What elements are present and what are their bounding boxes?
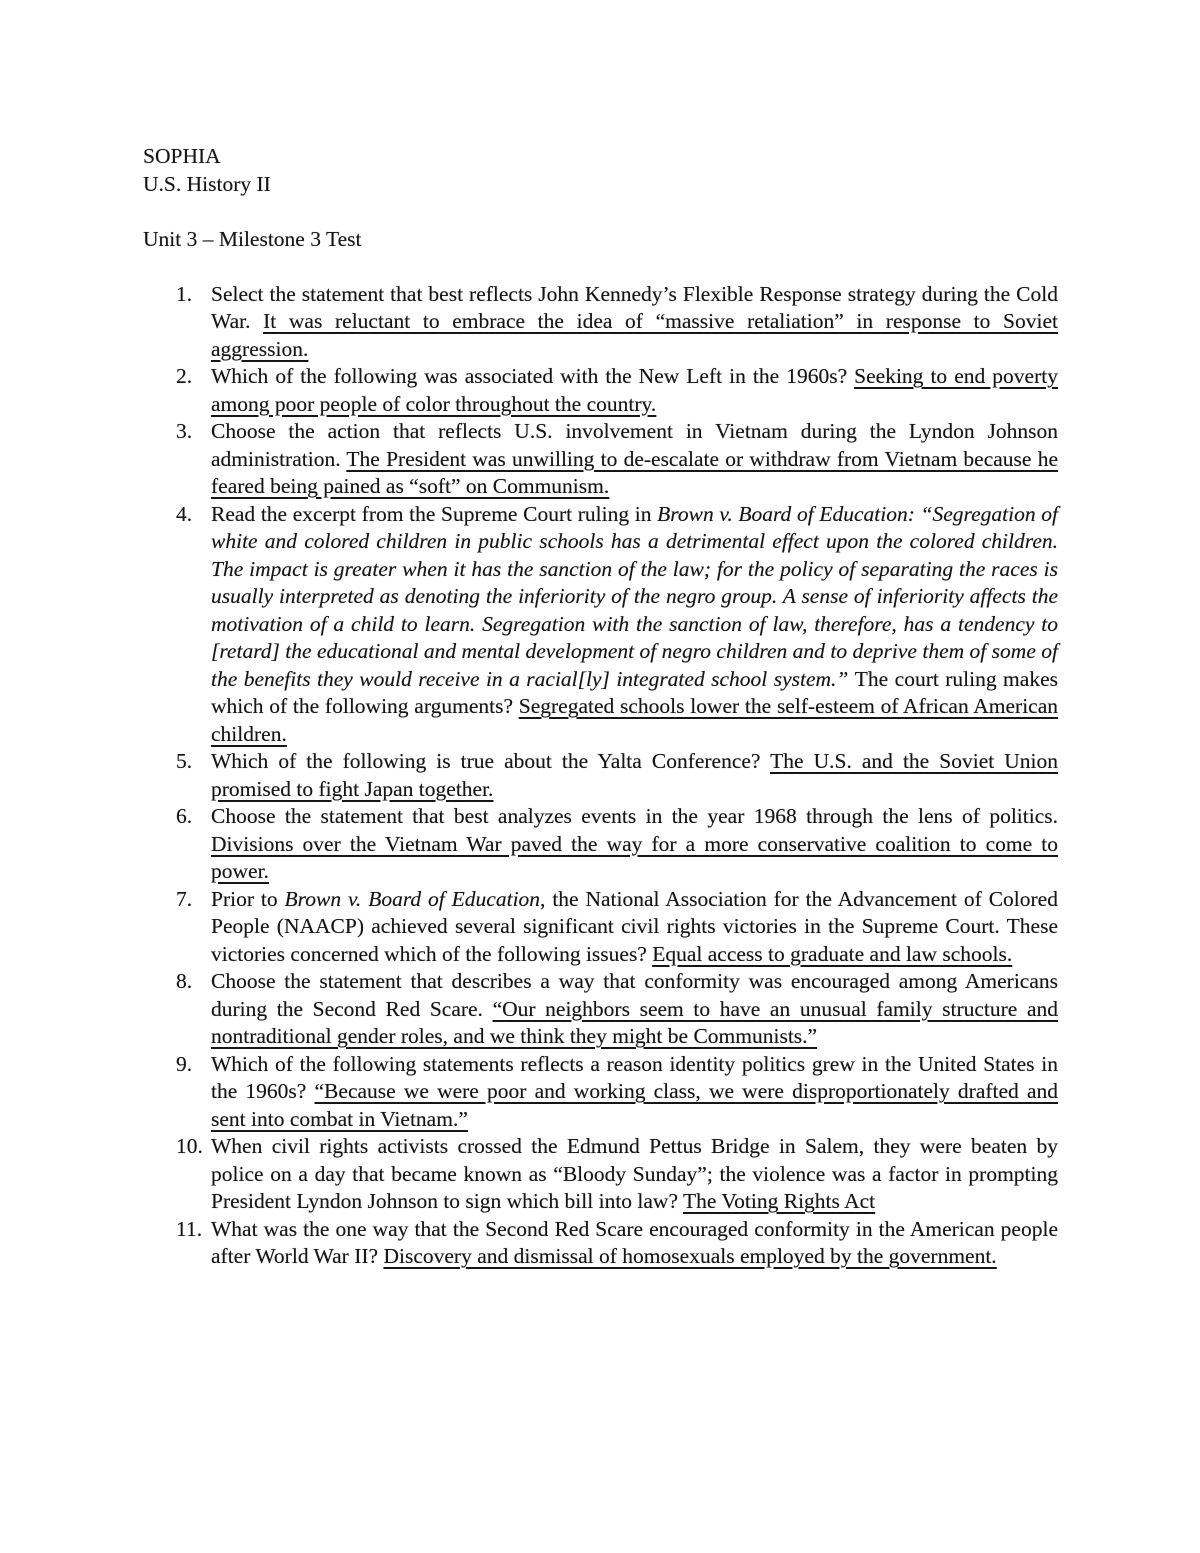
answer-text: Discovery and dismissal of homosexuals e… [383, 1244, 996, 1268]
question-list: 1.Select the statement that best reflect… [143, 281, 1058, 1271]
question-item: 7.Prior to Brown v. Board of Education, … [143, 886, 1058, 969]
question-item: 3.Choose the action that reflects U.S. i… [143, 418, 1058, 501]
question-item: 10.When civil rights activists crossed t… [143, 1133, 1058, 1216]
answer-text: “Because we were poor and working class,… [211, 1079, 1058, 1131]
question-item: 6.Choose the statement that best analyze… [143, 803, 1058, 886]
course-subject: U.S. History II [143, 171, 1058, 199]
question-number: 8. [176, 968, 192, 996]
question-number: 6. [176, 803, 192, 831]
question-text: Choose the statement that best analyzes … [211, 804, 1058, 828]
question-number: 4. [176, 501, 192, 529]
document-header: SOPHIA U.S. History II [143, 143, 1058, 198]
question-number: 2. [176, 363, 192, 391]
question-number: 10. [176, 1133, 203, 1161]
question-number: 5. [176, 748, 192, 776]
answer-text: It was reluctant to embrace the idea of … [211, 309, 1058, 361]
document-page: SOPHIA U.S. History II Unit 3 – Mileston… [0, 0, 1200, 1553]
question-item: 8.Choose the statement that describes a … [143, 968, 1058, 1051]
question-text: Brown v. Board of Education: [657, 502, 920, 526]
question-text: Brown v. Board of Education [285, 887, 541, 911]
question-item: 9.Which of the following statements refl… [143, 1051, 1058, 1134]
document-title: Unit 3 – Milestone 3 Test [143, 226, 1058, 254]
question-number: 3. [176, 418, 192, 446]
question-text: Which of the following was associated wi… [211, 364, 854, 388]
question-item: 5.Which of the following is true about t… [143, 748, 1058, 803]
question-text: When civil rights activists crossed the … [211, 1134, 1058, 1213]
answer-text: The Voting Rights Act [683, 1189, 875, 1213]
question-text: Which of the following is true about the… [211, 749, 770, 773]
answer-text: Equal access to graduate and law schools… [652, 942, 1012, 966]
question-item: 11.What was the one way that the Second … [143, 1216, 1058, 1271]
question-item: 4.Read the excerpt from the Supreme Cour… [143, 501, 1058, 749]
question-number: 1. [176, 281, 192, 309]
answer-text: Divisions over the Vietnam War paved the… [211, 832, 1058, 884]
question-number: 9. [176, 1051, 192, 1079]
question-item: 1.Select the statement that best reflect… [143, 281, 1058, 364]
question-number: 7. [176, 886, 192, 914]
question-text: “Segregation of white and colored childr… [211, 502, 1058, 691]
question-text: Prior to [211, 887, 285, 911]
question-item: 2.Which of the following was associated … [143, 363, 1058, 418]
question-text: Read the excerpt from the Supreme Court … [211, 502, 657, 526]
course-name: SOPHIA [143, 143, 1058, 171]
question-number: 11. [176, 1216, 202, 1244]
